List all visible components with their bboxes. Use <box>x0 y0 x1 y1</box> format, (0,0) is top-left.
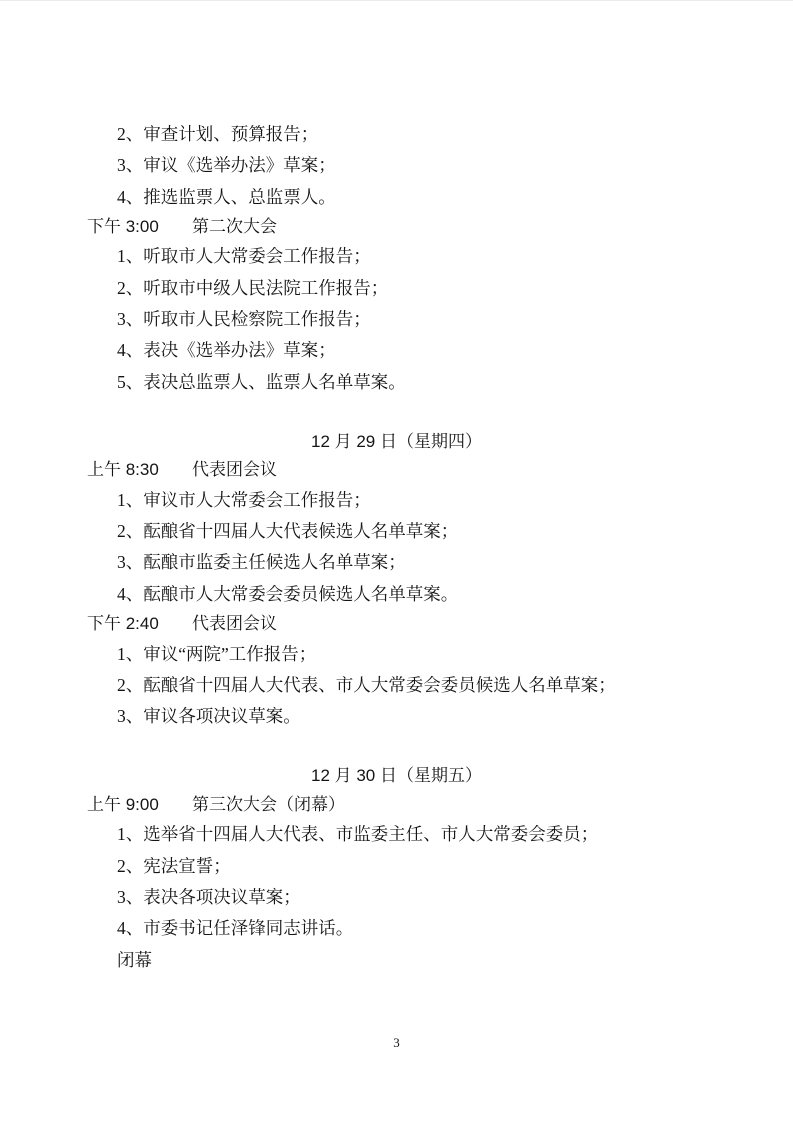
document-page: 2、审查计划、预算报告；3、审议《选举办法》草案；4、推选监票人、总监票人。下午… <box>0 0 793 1122</box>
agenda-item-text: 4、表决《选举办法》草案； <box>117 340 336 360</box>
agenda-item-line: 3、审议《选举办法》草案； <box>0 150 793 181</box>
session-title: 代表团会议 <box>192 614 277 633</box>
agenda-item-line: 5、表决总监票人、监票人名单草案。 <box>0 367 793 398</box>
page-number: 3 <box>393 1035 400 1050</box>
agenda-item-line: 1、审议市人大常委会工作报告； <box>0 485 793 516</box>
session-time: 下午 3:00 <box>87 213 192 242</box>
agenda-item-line: 4、推选监票人、总监票人。 <box>0 182 793 213</box>
agenda-item-line: 4、市委书记任泽锋同志讲话。 <box>0 913 793 944</box>
date-heading: 12 月 29 日（星期四） <box>0 428 793 457</box>
agenda-item-text: 2、酝酿省十四届人大代表、市人大常委会委员候选人名单草案； <box>117 675 616 695</box>
agenda-item-text: 3、听取市人民检察院工作报告； <box>117 309 371 329</box>
agenda-item-text: 1、选举省十四届人大代表、市监委主任、市人大常委会委员； <box>117 824 598 844</box>
session-time: 上午 9:00 <box>87 791 192 820</box>
agenda-item-line: 2、酝酿省十四届人大代表候选人名单草案； <box>0 516 793 547</box>
agenda-item-text: 3、酝酿市监委主任候选人名单草案； <box>117 552 406 572</box>
session-heading: 上午 9:00第三次大会（闭幕） <box>0 791 793 820</box>
agenda-item-text: 4、酝酿市人大常委会委员候选人名单草案。 <box>117 584 458 604</box>
date-heading-text: 12 月 30 日（星期五） <box>311 766 482 785</box>
agenda-item-line: 3、听取市人民检察院工作报告； <box>0 304 793 335</box>
closing-line: 闭幕 <box>0 945 793 976</box>
agenda-item-text: 1、审议市人大常委会工作报告； <box>117 490 371 510</box>
agenda-item-line: 1、选举省十四届人大代表、市监委主任、市人大常委会委员； <box>0 819 793 850</box>
agenda-item-text: 4、推选监票人、总监票人。 <box>117 187 336 207</box>
agenda-item-text: 2、酝酿省十四届人大代表候选人名单草案； <box>117 521 458 541</box>
session-time: 下午 2:40 <box>87 610 192 639</box>
session-heading: 下午 2:40代表团会议 <box>0 610 793 639</box>
closing-text: 闭幕 <box>117 950 152 970</box>
agenda-item-line: 4、酝酿市人大常委会委员候选人名单草案。 <box>0 579 793 610</box>
agenda-item-line: 3、审议各项决议草案。 <box>0 701 793 732</box>
agenda-item-text: 3、审议各项决议草案。 <box>117 706 301 726</box>
agenda-item-text: 2、听取市中级人民法院工作报告； <box>117 278 388 298</box>
agenda-item-line: 1、听取市人大常委会工作报告； <box>0 241 793 272</box>
agenda-item-text: 4、市委书记任泽锋同志讲话。 <box>117 918 353 938</box>
agenda-item-text: 5、表决总监票人、监票人名单草案。 <box>117 372 406 392</box>
agenda-item-line: 2、宪法宣誓； <box>0 851 793 882</box>
session-title: 代表团会议 <box>192 460 277 479</box>
agenda-item-text: 2、审查计划、预算报告； <box>117 124 318 144</box>
agenda-item-text: 2、宪法宣誓； <box>117 856 231 876</box>
agenda-item-line: 4、表决《选举办法》草案； <box>0 335 793 366</box>
session-title: 第二次大会 <box>192 217 277 236</box>
agenda-item-text: 3、审议《选举办法》草案； <box>117 155 336 175</box>
agenda-item-line: 3、酝酿市监委主任候选人名单草案； <box>0 547 793 578</box>
session-title: 第三次大会（闭幕） <box>192 795 345 814</box>
session-heading: 下午 3:00第二次大会 <box>0 213 793 242</box>
agenda-item-text: 1、听取市人大常委会工作报告； <box>117 246 371 266</box>
date-heading-text: 12 月 29 日（星期四） <box>311 432 482 451</box>
agenda-item-text: 3、表决各项决议草案； <box>117 887 301 907</box>
page-footer: 3 <box>0 1035 793 1051</box>
session-time: 上午 8:30 <box>87 456 192 485</box>
agenda-item-line: 3、表决各项决议草案； <box>0 882 793 913</box>
agenda-item-line: 2、酝酿省十四届人大代表、市人大常委会委员候选人名单草案； <box>0 670 793 701</box>
agenda-item-line: 2、审查计划、预算报告； <box>0 119 793 150</box>
agenda-item-line: 1、审议“两院”工作报告； <box>0 639 793 670</box>
session-heading: 上午 8:30代表团会议 <box>0 456 793 485</box>
date-heading: 12 月 30 日（星期五） <box>0 762 793 791</box>
agenda-content: 2、审查计划、预算报告；3、审议《选举办法》草案；4、推选监票人、总监票人。下午… <box>0 119 793 976</box>
agenda-item-text: 1、审议“两院”工作报告； <box>117 644 316 664</box>
agenda-item-line: 2、听取市中级人民法院工作报告； <box>0 273 793 304</box>
